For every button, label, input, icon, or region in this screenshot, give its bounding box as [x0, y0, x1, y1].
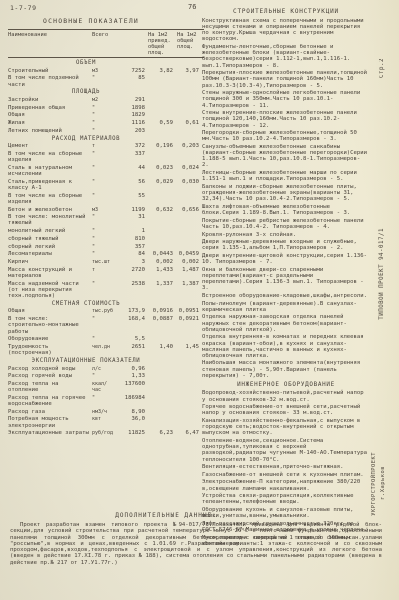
table-row: Застройким2291 — [8, 97, 204, 103]
additional-data-text: Проект разработан взамен типового проект… — [10, 522, 382, 566]
paragraph: Окна и балконные двери-со спаренными пер… — [202, 267, 370, 292]
cell-name: Расход холодной воды — [8, 366, 92, 372]
paragraph: Отделка наружная-заводская отделка панел… — [202, 314, 370, 332]
engineering-equipment-title: ИНЖЕНЕРНОЕ ОБОРУДОВАНИЕ — [202, 382, 370, 388]
table-row: В том числе подземной части"85 — [8, 75, 204, 87]
table-row: Масса надземной части (от низа перекрыти… — [8, 281, 204, 300]
indicators-table-body: ОБЪЕМСтроительныйм372523,823,97В том чис… — [8, 60, 204, 437]
paragraph: Конструктивная схема с поперечными и про… — [202, 18, 370, 43]
cell-unit: тыс.шт — [92, 259, 114, 265]
cell-unit: " — [92, 251, 114, 257]
cell-v1 — [148, 228, 176, 234]
paragraph: Кровля-рулонная 3-х слойная. — [202, 232, 370, 238]
cell-unit: " — [92, 151, 114, 163]
table-row: В том числе на сборные изделия"55 — [8, 193, 204, 205]
cell-unit: нм3/ч — [92, 409, 114, 415]
cell-v1: 0,0443 — [148, 251, 176, 257]
table-row: В том числе: строительно-монтажные работ… — [8, 316, 204, 335]
cell-name: Расход газа — [8, 409, 92, 415]
cell-name: Оборудование — [8, 336, 92, 342]
cell-v1 — [148, 366, 176, 372]
paragraph: Двери внутренние-щитовой конструкции,сер… — [202, 253, 370, 265]
table-row: сборный тяжелый"810 — [8, 236, 204, 242]
cell-v2: 0,024 — [176, 165, 202, 177]
margin-project-label: ТИПОВОЙ ПРОЕКТ 94-017/1 — [379, 228, 385, 320]
table-group-header: РАСХОД МАТЕРИАЛОВ — [8, 136, 164, 142]
cell-unit: " — [92, 165, 114, 177]
cell-v2: 3,97 — [176, 68, 202, 74]
cell-unit: " — [92, 373, 114, 379]
table-header: Наименование Всего На 1м2 привед. общей … — [8, 29, 204, 58]
cell-unit: " — [92, 336, 114, 342]
cell-name: Масса надземной части (от низа перекрыти… — [8, 281, 92, 300]
cell-unit: " — [92, 193, 114, 205]
cell-v2: 6,47 — [176, 430, 202, 436]
cell-unit: " — [92, 244, 114, 250]
cell-total: 5,5 — [114, 336, 148, 342]
table-row: Расход тепла на горячее водоснабжение"18… — [8, 395, 204, 407]
header-total: Всего — [92, 32, 148, 56]
cell-total: 1 — [114, 228, 148, 234]
paragraph: Стены наружные-однослойные легкобетонные… — [202, 90, 370, 108]
cell-v2 — [176, 97, 202, 103]
table-row: Общая"1829 — [8, 112, 204, 118]
cell-v2 — [176, 193, 202, 205]
cell-unit: " — [92, 395, 114, 407]
table-row: Расход тепла на отоплениеккал/час137600 — [8, 381, 204, 393]
table-row: Потребная мощность электроэнергииквт36,0 — [8, 416, 204, 428]
cell-v1: 6,23 — [148, 430, 176, 436]
cell-v1: 1,337 — [148, 281, 176, 300]
cell-unit: " — [92, 112, 114, 118]
structures-paragraphs: Конструктивная схема с поперечными и про… — [202, 18, 370, 379]
cell-v1 — [148, 128, 176, 134]
cell-v1 — [148, 97, 176, 103]
margin-city-label: г.Харьков — [380, 466, 386, 500]
cell-name: Расход тепла на горячее водоснабжение — [8, 395, 92, 407]
cell-total: 44 — [114, 165, 148, 177]
cell-name: Строительный — [8, 68, 92, 74]
margin-sheet-label: Стр.2 — [379, 58, 385, 78]
table-row: Лесоматериалы"840,04430,0459 — [8, 251, 204, 257]
cell-v2: 1,45 — [176, 344, 202, 356]
cell-unit: м3 — [92, 207, 114, 213]
cell-v2 — [176, 244, 202, 250]
cell-unit: чел.дн — [92, 344, 114, 356]
cell-name: монолитный легкий — [8, 228, 92, 234]
cell-v2 — [176, 151, 202, 163]
cell-name: Бетон и железобетон — [8, 207, 92, 213]
cell-name: Трудоемкость (построечная) — [8, 344, 92, 356]
paragraph: Лестницы-сборные железобетонные марши по… — [202, 170, 370, 182]
paragraph: Канализация-хозяйственно-фекальная,с вып… — [202, 418, 370, 436]
cell-v2 — [176, 381, 202, 393]
cell-name: Общая — [8, 308, 92, 314]
cell-unit: " — [92, 214, 114, 226]
cell-total: 11825 — [114, 430, 148, 436]
cell-v2 — [176, 409, 202, 415]
building-structures-section: СТРОИТЕЛЬНЫЕ КОНСТРУКЦИИ Конструктивная … — [202, 8, 370, 549]
cell-v2 — [176, 75, 202, 87]
table-group-header: ОБЪЕМ — [8, 60, 164, 66]
cell-unit: " — [92, 228, 114, 234]
cell-v2: 0,0951 — [176, 308, 202, 314]
cell-v1: 1,433 — [148, 267, 176, 279]
header-name: Наименование — [8, 32, 92, 56]
cell-unit: л/с — [92, 366, 114, 372]
cell-v1 — [148, 336, 176, 342]
cell-unit: м3 — [92, 68, 114, 74]
table-row: Цементт3720,1960,203 — [8, 143, 204, 149]
table-row: Масса конструкций и материаловт27201,433… — [8, 267, 204, 279]
paragraph: Встроенное оборудование-кладовые,шкафы,а… — [202, 293, 370, 299]
cell-total: 2720 — [114, 267, 148, 279]
cell-unit: руб/год — [92, 430, 114, 436]
table-row: Кирпичтыс.шт30,0020,002 — [8, 259, 204, 265]
cell-total: 1829 — [114, 112, 148, 118]
cell-total: 357 — [114, 244, 148, 250]
cell-v1 — [148, 236, 176, 242]
cell-name: сборный тяжелый — [8, 236, 92, 242]
cell-unit: ккал/час — [92, 381, 114, 393]
cell-v1: 0,023 — [148, 165, 176, 177]
table-row: Сталь в натуральном исчислении"440,0230,… — [8, 165, 204, 177]
cell-v2: 0,656 — [176, 207, 202, 213]
table-row: Приведенная общая"1898 — [8, 105, 204, 111]
cell-v1 — [148, 381, 176, 393]
paragraph: Двери наружные-деревянные входные и служ… — [202, 239, 370, 251]
cell-name: Приведенная общая — [8, 105, 92, 111]
cell-name: Кирпич — [8, 259, 92, 265]
cell-unit: " — [92, 105, 114, 111]
cell-v2 — [176, 236, 202, 242]
paragraph: Горячее водоснабжение-от внешней сети,ра… — [202, 404, 370, 416]
cell-total: 1,33 — [114, 373, 148, 379]
table-group-header: СМЕТНАЯ СТОИМОСТЬ — [8, 301, 164, 307]
cell-v2 — [176, 416, 202, 428]
cell-v2: 0,0921 — [176, 316, 202, 335]
cell-v2 — [176, 112, 202, 118]
cell-v2 — [176, 105, 202, 111]
cell-name: Расход тепла на отопление — [8, 381, 92, 393]
paragraph: Водопровод-хозяйственно-питьевой,расчетн… — [202, 390, 370, 402]
cell-v2: 1,487 — [176, 267, 202, 279]
header-per-m2-reduced: На 1м2 привед. общей площ. — [148, 32, 177, 56]
cell-v2 — [176, 128, 202, 134]
cell-name: Расход горячей воды — [8, 373, 92, 379]
cell-total: 173,9 — [114, 308, 148, 314]
cell-v2: 0,203 — [176, 143, 202, 149]
cell-total: 36,0 — [114, 416, 148, 428]
cell-name: В том числе на сборные изделия — [8, 193, 92, 205]
cell-total: 0,96 — [114, 366, 148, 372]
paragraph: Стены внутренние-плоские железобетонные … — [202, 110, 370, 128]
table-row: Общаятыс.руб173,90,09160,0951 — [8, 308, 204, 314]
cell-v2: 1,387 — [176, 281, 202, 300]
paragraph: Полы-линолеум (вариант-деревянные).В сан… — [202, 301, 370, 313]
cell-unit: квт — [92, 416, 114, 428]
cell-name: В том числе на сборные изделия — [8, 151, 92, 163]
cell-name: Жилая — [8, 120, 92, 126]
cell-v1: 0,632 — [148, 207, 176, 213]
cell-v2: 0,61 — [176, 120, 202, 126]
table-row: сборный легкий"357 — [8, 244, 204, 250]
cell-v1: 3,82 — [148, 68, 176, 74]
table-row: Трудоемкость (построечная)чел.дн26511,40… — [8, 344, 204, 356]
cell-unit: " — [92, 236, 114, 242]
margin-organization-label: УКРГОРСТРОЙПРОЕКТ — [371, 452, 377, 516]
cell-total: 137600 — [114, 381, 148, 393]
table-row: Бетон и железобетонм311990,6320,656 — [8, 207, 204, 213]
cell-name: В том числе: монолитный тяжелый — [8, 214, 92, 226]
paragraph: Электроснабжение-П категории,напряжение … — [202, 479, 370, 491]
cell-unit: " — [92, 128, 114, 134]
cell-v1 — [148, 373, 176, 379]
cell-v2: 0,002 — [176, 259, 202, 265]
cell-unit: т — [92, 267, 114, 279]
paragraph: Наибольшая масса монтажного элемента(вну… — [202, 360, 370, 378]
table-group-header: ПЛОЩАДЬ — [8, 89, 164, 95]
cell-total: 291 — [114, 97, 148, 103]
cell-total: 372 — [114, 143, 148, 149]
table-row: Жилая"11160,590,61 — [8, 120, 204, 126]
table-row: Расход горячей воды"1,33 — [8, 373, 204, 379]
cell-unit: " — [92, 120, 114, 126]
cell-total: 7252 — [114, 68, 148, 74]
cell-v1 — [148, 214, 176, 226]
cell-v2 — [176, 228, 202, 234]
cell-name: Лесоматериалы — [8, 251, 92, 257]
cell-v1 — [148, 112, 176, 118]
cell-name: сборный легкий — [8, 244, 92, 250]
cell-v2: 0,030 — [176, 179, 202, 191]
cell-total: 2538 — [114, 281, 148, 300]
cell-total: 1116 — [114, 120, 148, 126]
cell-unit: " — [92, 316, 114, 335]
cell-name: Общая — [8, 112, 92, 118]
cell-name: Эксплуатационные затраты — [8, 430, 92, 436]
table-group-header: ЭКСПЛУАТАЦИОННЫЕ ПОКАЗАТЕЛИ — [8, 358, 164, 364]
paragraph: Устройства связи-радиотрансляция,коллект… — [202, 493, 370, 505]
cell-v1 — [148, 193, 176, 205]
cell-v1: 0,0887 — [148, 316, 176, 335]
cell-unit: м2 — [92, 97, 114, 103]
paragraph: Фундаменты-ленточные,сборные бетонные и … — [202, 44, 370, 69]
document-code: 1-7-79 — [10, 4, 36, 12]
paragraph: Перекрытия-плоские железобетонные панели… — [202, 70, 370, 88]
table-row: В том числе на сборные изделия"337 — [8, 151, 204, 163]
cell-v1: 0,002 — [148, 259, 176, 265]
table-row: Летних помещений"203 — [8, 128, 204, 134]
page-number: 76 — [188, 3, 196, 11]
cell-name: Цемент — [8, 143, 92, 149]
paragraph: Шахта лифтовая-объемные железобетонные б… — [202, 204, 370, 216]
cell-unit: т — [92, 143, 114, 149]
cell-total: 168,4 — [114, 316, 148, 335]
cell-name: Сталь в натуральном исчислении — [8, 165, 92, 177]
cell-total: 85 — [114, 75, 148, 87]
table-row: Эксплуатационные затратыруб/год118256,23… — [8, 430, 204, 436]
cell-total: 8,90 — [114, 409, 148, 415]
cell-unit: " — [92, 75, 114, 87]
cell-total: 203 — [114, 128, 148, 134]
cell-unit: тыс.руб — [92, 308, 114, 314]
cell-total: 56 — [114, 179, 148, 191]
paragraph: Санузлы-объемные железобетонные санкабин… — [202, 144, 370, 169]
cell-unit: " — [92, 281, 114, 300]
structures-title: СТРОИТЕЛЬНЫЕ КОНСТРУКЦИИ — [202, 8, 370, 15]
cell-v1 — [148, 244, 176, 250]
cell-v2 — [176, 214, 202, 226]
cell-v2: 0,0459 — [176, 251, 202, 257]
cell-v1: 0,0916 — [148, 308, 176, 314]
table-row: Расход холодной водыл/с0,96 — [8, 366, 204, 372]
table-row: монолитный легкий"1 — [8, 228, 204, 234]
cell-v1: 0,029 — [148, 179, 176, 191]
cell-v1 — [148, 409, 176, 415]
paragraph: Отопление-водяное,секционное.Система одн… — [202, 438, 370, 463]
cell-total: 31 — [114, 214, 148, 226]
table-row: В том числе: монолитный тяжелый"31 — [8, 214, 204, 226]
paragraph: Покрытие-сборные ребристые железобетонны… — [202, 218, 370, 230]
cell-v1 — [148, 75, 176, 87]
cell-total: 84 — [114, 251, 148, 257]
cell-total: 810 — [114, 236, 148, 242]
paragraph: Отделка внутренняя-в комнатах и передних… — [202, 334, 370, 359]
cell-unit: " — [92, 179, 114, 191]
additional-data-section: ДОПОЛНИТЕЛЬНЫЕ ДАННЫЕ: Проект разработан… — [10, 512, 382, 566]
cell-total: 1199 — [114, 207, 148, 213]
cell-total: 3 — [114, 259, 148, 265]
table-row: Сталь,приведенная к классу А-1"560,0290,… — [8, 179, 204, 191]
cell-name: Масса конструкций и материалов — [8, 267, 92, 279]
paragraph: Вентиляция-естественная,приточно-вытяжна… — [202, 464, 370, 470]
cell-name: В том числе подземной части — [8, 75, 92, 87]
cell-name: В том числе: строительно-монтажные работ… — [8, 316, 92, 335]
cell-v2 — [176, 366, 202, 372]
cell-v1 — [148, 151, 176, 163]
cell-v2 — [176, 395, 202, 407]
table-row: Расход газанм3/ч8,90 — [8, 409, 204, 415]
cell-total: 55 — [114, 193, 148, 205]
paragraph: Перегородки-сборные железобетонные,толщи… — [202, 130, 370, 142]
cell-total: 2651 — [114, 344, 148, 356]
cell-v2 — [176, 373, 202, 379]
cell-name: Летних помещений — [8, 128, 92, 134]
cell-v1: 0,59 — [148, 120, 176, 126]
cell-v1 — [148, 105, 176, 111]
paragraph: Балконы и лоджии-сборные железобетонные … — [202, 184, 370, 202]
cell-name: Сталь,приведенная к классу А-1 — [8, 179, 92, 191]
cell-total: 1898 — [114, 105, 148, 111]
cell-total: 337 — [114, 151, 148, 163]
cell-total: 186984 — [114, 395, 148, 407]
cell-name: Застройки — [8, 97, 92, 103]
cell-v2 — [176, 336, 202, 342]
additional-data-title: ДОПОЛНИТЕЛЬНЫЕ ДАННЫЕ: — [10, 512, 322, 519]
header-per-m2-total: На 1м2 общей площ. — [177, 32, 204, 56]
scanned-document-page: 1-7-79 76 ОСНОВНЫЕ ПОКАЗАТЕЛИ Наименован… — [0, 0, 399, 600]
cell-v1: 1,40 — [148, 344, 176, 356]
paragraph: Газоснабжение-от внешней сети к кухонным… — [202, 472, 370, 478]
table-row: Оборудование"5,5 — [8, 336, 204, 342]
table-row: Строительныйм372523,823,97 — [8, 68, 204, 74]
main-indicators-section: ОСНОВНЫЕ ПОКАЗАТЕЛИ Наименование Всего Н… — [8, 17, 204, 438]
cell-v1 — [148, 416, 176, 428]
cell-name: Потребная мощность электроэнергии — [8, 416, 92, 428]
cell-v1 — [148, 395, 176, 407]
indicators-title: ОСНОВНЫЕ ПОКАЗАТЕЛИ — [8, 17, 174, 25]
cell-v1: 0,196 — [148, 143, 176, 149]
